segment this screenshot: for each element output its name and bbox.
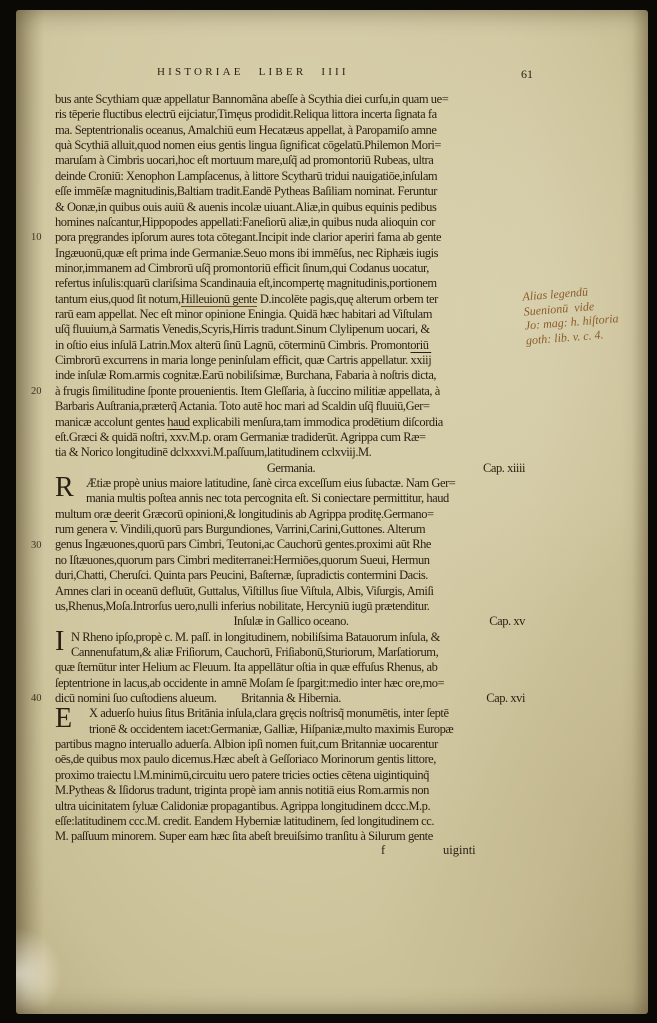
line-number-marker: 20: [31, 386, 55, 397]
text-segment: rum genera: [55, 522, 110, 536]
text-line: eſt.Græci & quidā noſtri, xxv.M.p. oram …: [55, 430, 527, 445]
text-line: à frugis ſimilitudine ſponte prouenienti…: [55, 384, 527, 399]
text-line: multum oræ deerit Græcorū opinioni,& lon…: [55, 507, 527, 522]
text-line: Barbaris Auſtrania,præterq̃ Actania. Tot…: [55, 399, 527, 414]
signature-mark: f: [381, 843, 385, 858]
text-line: bus ante Scythiam quæ appellatur Bannomã…: [55, 92, 527, 107]
catchword-row: f uiginti: [55, 843, 527, 859]
text-segment: manicæ accolunt gentes: [55, 415, 167, 429]
text-segment: xxv.: [170, 430, 189, 444]
text-line: X aduerſo huius ſitus Britānia inſula,cl…: [55, 706, 527, 721]
chapter-number: Cap. xv: [489, 614, 525, 629]
text-segment: Cimbrorū excurrens in maria longe peninſ…: [55, 353, 411, 367]
text-line: tia & Norico longitudinē dclxxxvi.M.paſſ…: [55, 445, 527, 460]
text-line: proximo traiectu l.M.minimū,circuitu uer…: [55, 768, 527, 783]
text-line: maruſam à Cimbris uocari,hoc eſt mortuum…: [55, 153, 527, 168]
text-line: & Oonæ,in quibus ouis auiū & auenis inco…: [55, 200, 527, 215]
text-line: homines naſcantur,Hippopodes appellati:F…: [55, 215, 527, 230]
text-line: no Iſtæuones,quorum pars Cimbri mediterr…: [55, 553, 527, 568]
text-line: inde inſulæ Rom.armis cognitæ.Earū nobil…: [55, 368, 527, 383]
text-line: rarū eam appellat. Nec eſt minor opinion…: [55, 307, 527, 322]
text-line: minor,immanem ad Cimbrorū uſq̃ promontor…: [55, 261, 527, 276]
text-line: genus Ingæuones,quorū pars Cimbri, Teuto…: [55, 537, 527, 552]
text-block: bus ante Scythiam quæ appellatur Bannomã…: [55, 92, 527, 845]
text-line: Germania.Cap. xiiii: [55, 461, 527, 476]
text-line: dicū nomini ſuo cuſtodiens alueum.Britan…: [55, 691, 527, 706]
text-segment: tantum eius,quod ſit notum,: [55, 292, 181, 306]
text-line: deinde Croniū: Xenophon Lampſacenus, à l…: [55, 169, 527, 184]
text-line: rum genera v. Vindili,quorū pars Burgund…: [55, 522, 527, 537]
text-line: Amnes clari in oceanū defluūt, Guttalus,…: [55, 584, 527, 599]
text-segment: M.p. oram Germaniæ tradiderūt. Agrippa c…: [189, 430, 426, 444]
text-segment: xxiij: [411, 353, 432, 367]
line-number-marker: 30: [31, 540, 55, 551]
text-line: refertus inſulis:quarū clariſsima Scandi…: [55, 276, 527, 291]
text-line: Cannenufatum,& aliæ Friſiorum, Cauchorū,…: [55, 645, 527, 660]
text-line: manicæ accolunt gentes haud explicabili …: [55, 415, 527, 430]
margin-annotation: Alias legendū Suenionū vide Jo: mag: h. …: [522, 279, 657, 348]
text-line: Inſulæ in Gallico oceano.Cap. xv: [55, 614, 527, 629]
text-line: eſſe immēſæ magnitudinis,Baltiam tradit.…: [55, 184, 527, 199]
chapter-number: Cap. xiiii: [483, 461, 525, 476]
text-line: uſq̃ fluuium,à Sarmatis Venedis,Scyris,H…: [55, 322, 527, 337]
text-line: partibus magno interuallo aduerſa. Albio…: [55, 737, 527, 752]
chapter-number: Cap. xvi: [486, 691, 525, 706]
text-line: ultra uicinitatem ſyluæ Calidoniæ propag…: [55, 799, 527, 814]
catchword: uiginti: [443, 843, 476, 858]
text-line: us,Rhenus,Moſa.Introrſus uero,nulli infe…: [55, 599, 527, 614]
text-line: oēs,de quibus mox paulo dicemus.Hæc abeſ…: [55, 752, 527, 767]
page-number: 61: [521, 67, 533, 82]
drop-cap: I: [55, 628, 64, 655]
text-segment: eſt.Græci & quidā noſtri,: [55, 430, 170, 444]
text-line: in oſtio eius inſulā Latrin.Mox alterū ſ…: [55, 338, 527, 353]
annotated-underlined-text: haud: [167, 415, 190, 430]
text-line: pora pręgrandes ipſorum aures tota cōteg…: [55, 230, 527, 245]
text-line: eſſe:latitudinem ccc.M. credit. Eandem H…: [55, 814, 527, 829]
text-line: N Rheno ipſo,propè c. M. paſſ. in longit…: [55, 630, 527, 645]
text-segment: Vindili,quorū pars Burgundiones, Varrini…: [117, 522, 425, 536]
chapter-title: Britannia & Hibernia.: [95, 691, 487, 706]
text-segment: D.incolēte pagis,quę alterum orbem ter: [257, 292, 438, 306]
line-number-marker: 10: [31, 232, 55, 243]
book-page: HISTORIAE LIBER IIII 61 bus ante Scythia…: [16, 10, 648, 1014]
running-header-title: HISTORIAE LIBER IIII: [157, 66, 349, 78]
text-line: Ætiæ propè unius maiore latitudine, ſanè…: [55, 476, 527, 491]
text-line: M.Pytheas & Iſidorus tradunt, triginta p…: [55, 783, 527, 798]
drop-cap: E: [55, 705, 72, 732]
text-line: ma. Septentrionalis oceanus, Amalchiū eu…: [55, 123, 527, 138]
line-number-marker: 40: [31, 693, 55, 704]
text-line: mania multis poſtea annis nec tota perco…: [55, 491, 527, 506]
text-line: quæ ſternūtur inter Helium ac Fleuum. It…: [55, 660, 527, 675]
text-line: ſeptentrione in lacus,ab occidente in am…: [55, 676, 527, 691]
drop-cap: R: [55, 474, 74, 501]
text-line: Ingæuonū,quæ eſt prima inde Germaniæ.Seu…: [55, 246, 527, 261]
text-line: duri,Chatti, Cheruſci. Quinta pars Peuci…: [55, 568, 527, 583]
text-segment: explicabili menſura,tam immodica prodēti…: [190, 415, 443, 429]
running-header: HISTORIAE LIBER IIII 61: [55, 66, 527, 82]
book-photo: HISTORIAE LIBER IIII 61 bus ante Scythia…: [0, 0, 657, 1023]
text-line: tantum eius,quod ſit notum,Hilleuionū ge…: [55, 292, 527, 307]
chapter-title: Inſulæ in Gallico oceano.: [55, 614, 527, 629]
text-line: Cimbrorū excurrens in maria longe peninſ…: [55, 353, 527, 368]
chapter-title: Germania.: [55, 461, 527, 476]
text-line: trionē & occidentem iacet:Germaniæ, Gall…: [55, 722, 527, 737]
annotated-underlined-text: Hilleuionū gente: [181, 292, 257, 307]
text-line: quà Scythiā alluit,quod nomen eius genti…: [55, 138, 527, 153]
text-line: ris tēperie fluctibus electrū eijciatur,…: [55, 107, 527, 122]
